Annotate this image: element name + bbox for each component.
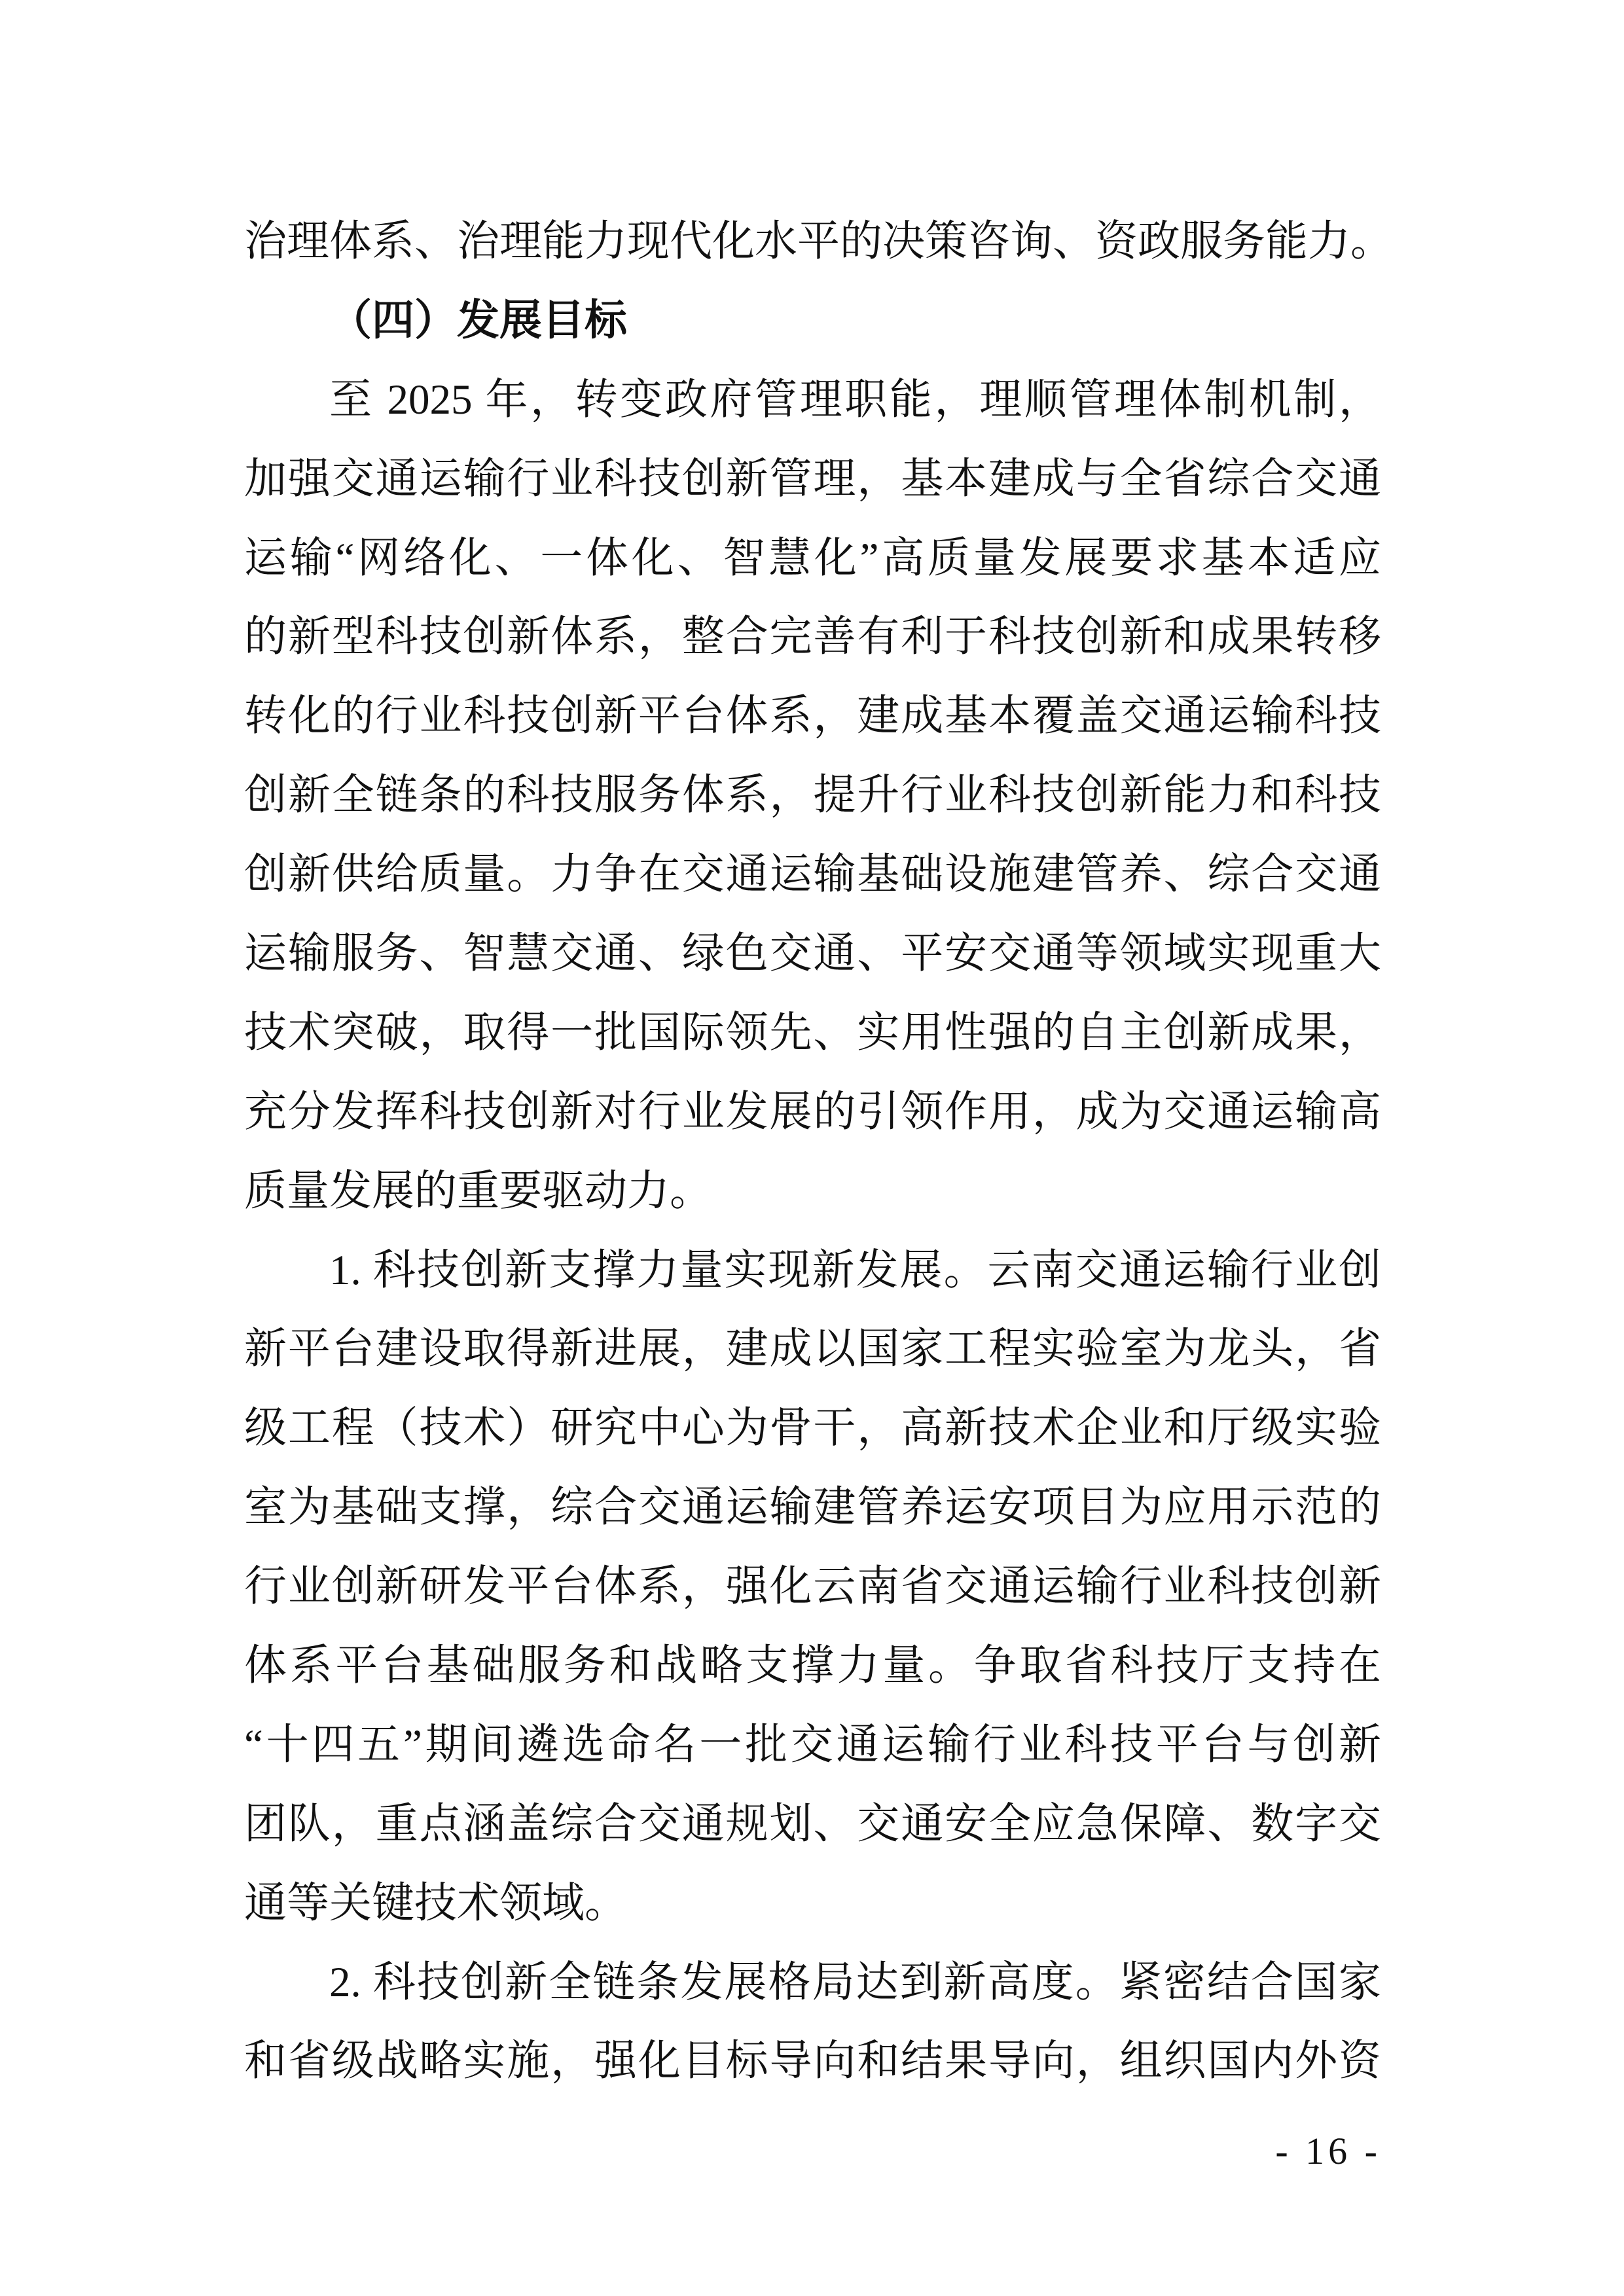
text-line: 体系平台基础服务和战略支撑力量。争取省科技厅支持在	[244, 1626, 1381, 1706]
text-line: 至 2025 年，转变政府管理职能，理顺管理体制机制，	[244, 361, 1381, 440]
text-line: 的新型科技创新体系，整合完善有利于科技创新和成果转移	[244, 598, 1381, 677]
text-line: 运输服务、智慧交通、绿色交通、平安交通等领域实现重大	[244, 914, 1381, 994]
text-line: 治理体系、治理能力现代化水平的决策咨询、资政服务能力。	[244, 202, 1381, 281]
text-line: “十四五”期间遴选命名一批交通运输行业科技平台与创新	[244, 1706, 1381, 1785]
page-number: - 16 -	[244, 2126, 1381, 2177]
text-line: 技术突破，取得一批国际领先、实用性强的自主创新成果，	[244, 994, 1381, 1073]
text-line: 新平台建设取得新进展，建成以国家工程实验室为龙头，省	[244, 1310, 1381, 1389]
text-line: 团队，重点涵盖综合交通规划、交通安全应急保障、数字交	[244, 1785, 1381, 1864]
text-line: 运输“网络化、一体化、智慧化”高质量发展要求基本适应	[244, 519, 1381, 598]
text-line: 室为基础支撑，综合交通运输建管养运安项目为应用示范的	[244, 1468, 1381, 1547]
text-line: 加强交通运输行业科技创新管理，基本建成与全省综合交通	[244, 440, 1381, 519]
text-line: 通等关键技术领域。	[244, 1864, 1381, 1943]
text-line: 质量发展的重要驱动力。	[244, 1152, 1381, 1231]
text-line: 2. 科技创新全链条发展格局达到新高度。紧密结合国家	[244, 1943, 1381, 2022]
text-line: 和省级战略实施，强化目标导向和结果导向，组织国内外资	[244, 2022, 1381, 2101]
document-page: 治理体系、治理能力现代化水平的决策咨询、资政服务能力。（四）发展目标至 2025…	[0, 0, 1624, 2296]
text-line: 行业创新研发平台体系，强化云南省交通运输行业科技创新	[244, 1547, 1381, 1626]
text-line: 充分发挥科技创新对行业发展的引领作用，成为交通运输高	[244, 1073, 1381, 1152]
document-text-block: 治理体系、治理能力现代化水平的决策咨询、资政服务能力。（四）发展目标至 2025…	[244, 202, 1381, 2101]
text-line: 1. 科技创新支撑力量实现新发展。云南交通运输行业创	[244, 1231, 1381, 1310]
heading-line: （四）发展目标	[244, 281, 1381, 361]
text-line: 转化的行业科技创新平台体系，建成基本覆盖交通运输科技	[244, 677, 1381, 756]
text-line: 创新供给质量。力争在交通运输基础设施建管养、综合交通	[244, 835, 1381, 914]
text-line: 级工程（技术）研究中心为骨干，高新技术企业和厅级实验	[244, 1389, 1381, 1468]
text-line: 创新全链条的科技服务体系，提升行业科技创新能力和科技	[244, 756, 1381, 835]
